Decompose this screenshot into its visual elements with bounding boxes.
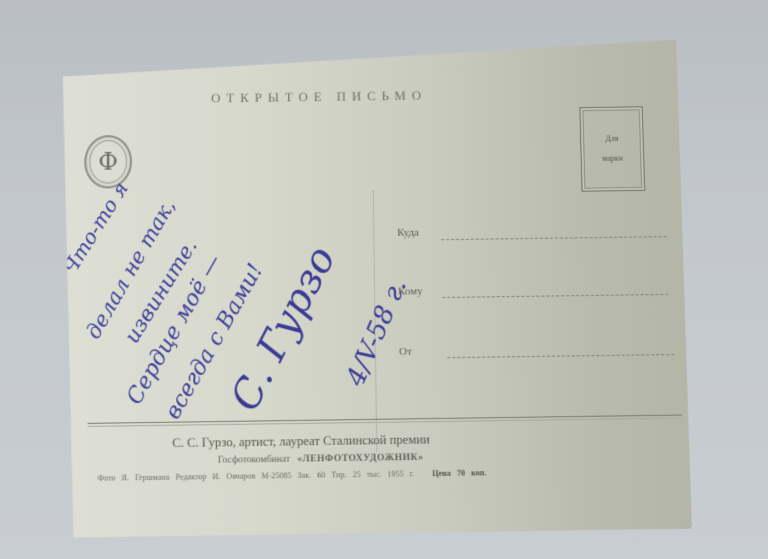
imprint-text: Фото Я. Гершмана Редактор И. Овчаров М-2…: [98, 469, 415, 483]
address-label-from: От: [399, 346, 412, 358]
stamp-box-line1: Для: [605, 129, 619, 149]
address-line-from: [447, 354, 674, 358]
caption-title: С. С. Гурзо, артист, лауреат Сталинской …: [172, 432, 430, 451]
background-shadow: [20, 420, 80, 510]
handwritten-signature: С. Гурзо: [222, 239, 345, 418]
handwritten-date: 4/V-58 г.: [341, 274, 413, 390]
postcard-back: ОТКРЫТОЕ ПИСЬМО Ф Для марки Куда Кому От…: [61, 40, 692, 538]
publisher-name: «ЛЕНФОТОХУДОЖНИК»: [297, 453, 423, 465]
postcard-header: ОТКРЫТОЕ ПИСЬМО: [211, 88, 427, 107]
address-line-to-where: [441, 236, 666, 240]
stamp-box-line2: марки: [602, 149, 623, 169]
caption-imprint: Фото Я. Гершмана Редактор И. Овчаров М-2…: [98, 468, 487, 483]
logo-glyph: Ф: [98, 148, 118, 176]
publisher-prefix: Госфотокомбинат: [218, 455, 290, 466]
address-label-to-where: Куда: [397, 227, 419, 239]
stamp-box: Для марки: [579, 106, 645, 191]
price-text: Цена 70 коп.: [432, 468, 486, 478]
caption-publisher: Госфотокомбинат «ЛЕНФОТОХУДОЖНИК»: [218, 453, 424, 466]
publisher-logo-icon: Ф: [84, 135, 132, 189]
address-line-to-whom: [442, 294, 668, 298]
